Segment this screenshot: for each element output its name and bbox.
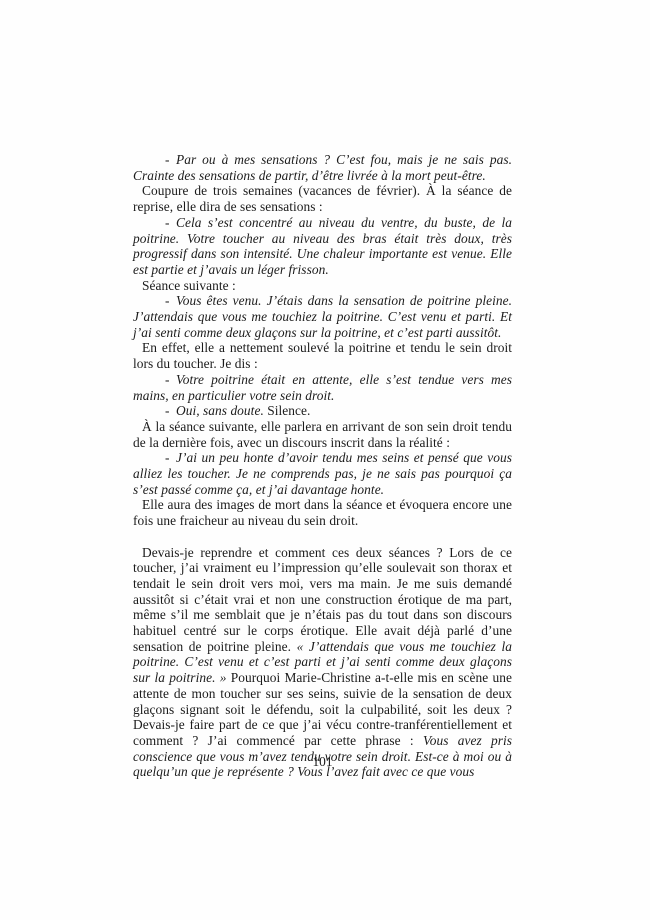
dialogue-text: Votre poitrine était en attente, elle s’… [133,372,512,403]
paragraph: -Par ou à mes sensations ? C’est fou, ma… [133,152,512,183]
dialogue-text: Vous êtes venu. J’étais dans la sensatio… [133,293,512,339]
narrative-text: Devais-je reprendre et comment ces deux … [133,545,512,654]
paragraph: -Vous êtes venu. J’étais dans la sensati… [133,293,512,340]
paragraph: -Votre poitrine était en attente, elle s… [133,372,512,403]
dialogue-text: Oui, sans doute. [176,403,264,418]
paragraph: -Oui, sans doute. Silence. [133,403,512,419]
narrative-text: En effet, elle a nettement soulevé la po… [133,340,512,371]
paragraph: -Cela s’est concentré au niveau du ventr… [133,215,512,278]
page-number: 101 [133,754,512,770]
dialogue-text: Cela s’est concentré au niveau du ventre… [133,215,512,277]
paragraph: Elle aura des images de mort dans la séa… [133,497,512,528]
dash-marker: - [149,403,176,419]
dialogue-text: Par ou à mes sensations ? C’est fou, mai… [133,152,512,183]
paragraph: À la séance suivante, elle parlera en ar… [133,419,512,450]
document-page: { "page": { "number": "101", "dash": "-"… [0,0,650,920]
narrative-text: À la séance suivante, elle parlera en ar… [133,419,512,450]
paragraph: Séance suivante : [133,278,512,294]
narrative-text: Elle aura des images de mort dans la séa… [133,497,512,528]
paragraph: Devais-je reprendre et comment ces deux … [133,545,512,781]
dash-marker: - [149,152,176,168]
paragraph: En effet, elle a nettement soulevé la po… [133,340,512,371]
dash-marker: - [149,215,176,231]
paragraph: -J’ai un peu honte d’avoir tendu mes sei… [133,450,512,497]
paragraph: Coupure de trois semaines (vacances de f… [133,183,512,214]
dialogue-text: J’ai un peu honte d’avoir tendu mes sein… [133,450,512,496]
narrative-text: Silence. [264,403,311,418]
text-block: -Par ou à mes sensations ? C’est fou, ma… [133,152,512,780]
dash-marker: - [149,372,176,388]
narrative-text: Coupure de trois semaines (vacances de f… [133,183,512,214]
book-page: -Par ou à mes sensations ? C’est fou, ma… [0,0,650,920]
dash-marker: - [149,293,176,309]
narrative-text: Séance suivante : [142,278,236,293]
dash-marker: - [149,450,176,466]
